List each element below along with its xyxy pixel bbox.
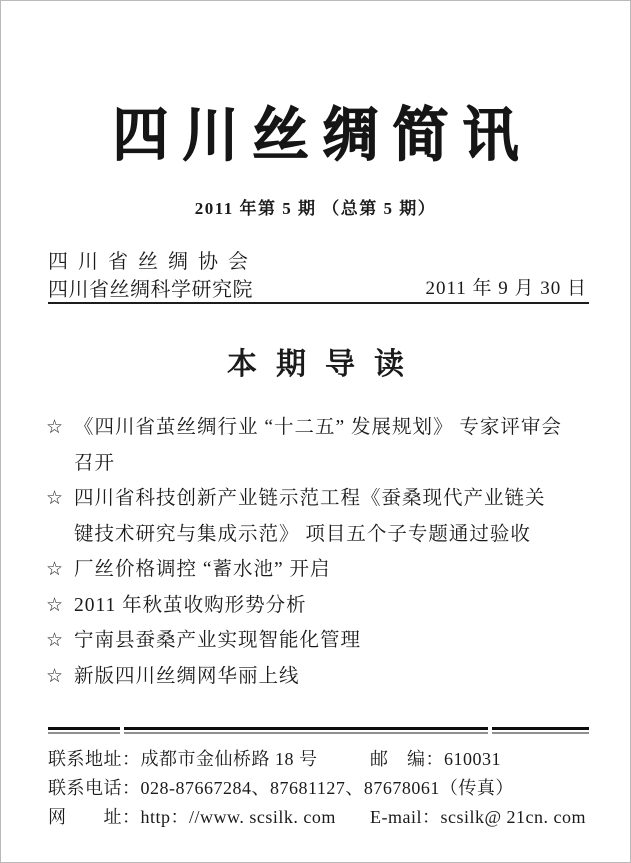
toc-item-text: 2011 年秋茧收购形势分析 [74, 588, 590, 624]
masthead: 四川丝绸简讯 [1, 91, 630, 171]
toc-item: ☆ 四川省科技创新产业链示范工程《蚕桑现代产业链关 键技术研究与集成示范》 项目… [46, 481, 590, 552]
toc-list: ☆ 《四川省茧丝绸行业 “十二五” 发展规划》 专家评审会 召开 ☆ 四川省科技… [46, 410, 590, 694]
website-label: 网 址： [48, 807, 141, 827]
toc-item: ☆ 2011 年秋茧收购形势分析 [46, 588, 590, 624]
toc-item: ☆ 《四川省茧丝绸行业 “十二五” 发展规划》 专家评审会 召开 [46, 410, 590, 481]
star-bullet-icon: ☆ [46, 552, 74, 588]
contact-row-web: 网 址：http：//www. scsilk. com E-mail：scsil… [48, 803, 590, 832]
newsletter-title: 四川丝绸简讯 [113, 89, 533, 172]
toc-item: ☆ 厂丝价格调控 “蓄水池” 开启 [46, 552, 590, 588]
toc-item-text: 宁南县蚕桑产业实现智能化管理 [74, 623, 590, 659]
toc-item-text: 新版四川丝绸网华丽上线 [74, 659, 590, 695]
header-divider-line [48, 302, 589, 304]
email: E-mail：scsilk@ 21cn. com [370, 803, 586, 832]
address-value: 成都市金仙桥路 18 号 [141, 749, 318, 769]
section-heading: 本期导读 [227, 339, 423, 383]
star-bullet-icon: ☆ [46, 410, 74, 446]
star-bullet-icon: ☆ [46, 481, 74, 517]
star-bullet-icon: ☆ [46, 623, 74, 659]
toc-item-text: 四川省科技创新产业链示范工程《蚕桑现代产业链关 键技术研究与集成示范》 项目五个… [74, 481, 590, 552]
address-label: 联系地址： [48, 749, 141, 769]
star-bullet-icon: ☆ [46, 588, 74, 624]
footer-divider-segment [492, 727, 589, 734]
contact-info: 联系地址：成都市金仙桥路 18 号 邮 编：610031 联系电话：028-87… [48, 745, 590, 832]
footer-divider-segment [124, 727, 488, 734]
publisher-institute: 四川省丝绸科学研究院 [48, 276, 258, 304]
footer-divider-segment [48, 727, 120, 734]
star-bullet-icon: ☆ [46, 659, 74, 695]
publisher-block: 四川省丝绸协会 四川省丝绸科学研究院 [48, 248, 258, 304]
toc-item: ☆ 新版四川丝绸网华丽上线 [46, 659, 590, 695]
phone-value: 028-87667284、87681127、87678061（传真） [141, 778, 514, 798]
newsletter-page: 四川丝绸简讯 2011 年第 5 期 （总第 5 期） 四川省丝绸协会 四川省丝… [0, 0, 631, 863]
issue-number-line: 2011 年第 5 期 （总第 5 期） [1, 194, 630, 219]
publication-date: 2011 年 9 月 30 日 [425, 273, 587, 300]
email-value: scsilk@ 21cn. com [440, 807, 586, 827]
postcode: 邮 编：610031 [370, 745, 501, 774]
contact-row-address: 联系地址：成都市金仙桥路 18 号 邮 编：610031 [48, 745, 590, 774]
postcode-value: 610031 [444, 749, 501, 769]
section-heading-wrap: 本期导读 [1, 339, 630, 383]
footer-divider-line [48, 727, 589, 734]
phone-label: 联系电话： [48, 778, 141, 798]
toc-item: ☆ 宁南县蚕桑产业实现智能化管理 [46, 623, 590, 659]
toc-item-text: 《四川省茧丝绸行业 “十二五” 发展规划》 专家评审会 召开 [74, 410, 590, 481]
contact-row-phone: 联系电话：028-87667284、87681127、87678061（传真） [48, 774, 590, 803]
postcode-label: 邮 编： [370, 749, 444, 769]
publisher-association: 四川省丝绸协会 [48, 248, 258, 276]
website-value: http：//www. scsilk. com [141, 807, 336, 827]
toc-item-text: 厂丝价格调控 “蓄水池” 开启 [74, 552, 590, 588]
email-label: E-mail： [370, 807, 440, 827]
